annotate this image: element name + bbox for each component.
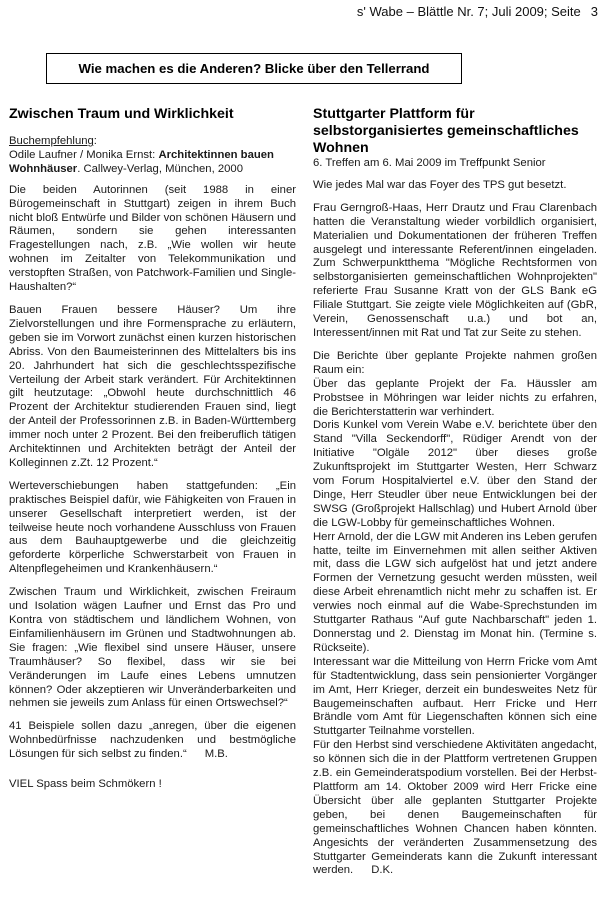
left-article: Zwischen Traum und Wirklichkeit Buchempf… [9, 106, 296, 801]
report-item: Doris Kunkel vom Verein Wabe e.V. berich… [313, 419, 597, 530]
paragraph-text: Für den Herbst sind verschiedene Aktivit… [313, 739, 597, 876]
paragraph: Zwischen Traum und Wirklichkeit, zwische… [9, 586, 296, 711]
article-title: Stuttgarter Plattform für selbstorganisi… [313, 106, 597, 157]
banner-title: Wie machen es die Anderen? Blicke über d… [79, 61, 430, 76]
running-title: s' Wabe – Blättle Nr. 7; Juli 2009; Seit… [357, 4, 581, 19]
paragraph: Werteverschiebungen haben stattgefunden:… [9, 480, 296, 577]
paragraph: Die beiden Autorinnen (seit 1988 in eine… [9, 184, 296, 295]
paragraph: Frau Gerngroß-Haas, Herr Drautz und Frau… [313, 202, 597, 341]
paragraph-with-signature: 41 Beispiele sollen dazu „anregen, über … [9, 720, 296, 762]
closing-line: VIEL Spass beim Schmökern ! [9, 778, 296, 792]
author-signature: M.B. [205, 748, 228, 760]
report-item-with-signature: Für den Herbst sind verschiedene Aktivit… [313, 739, 597, 878]
section-banner: Wie machen es die Anderen? Blicke über d… [46, 53, 462, 84]
book-recommendation: Buchempfehlung: Odile Laufner / Monika E… [9, 135, 296, 177]
article-title: Zwischen Traum und Wirklichkeit [9, 106, 296, 123]
article-subtitle: 6. Treffen am 6. Mai 2009 im Treffpunkt … [313, 157, 597, 171]
book-publisher: . Callwey-Verlag, München, 2000 [77, 163, 243, 175]
author-signature: D.K. [371, 864, 393, 876]
right-article: Stuttgarter Plattform für selbstorganisi… [313, 106, 597, 878]
paragraph: Wie jedes Mal war das Foyer des TPS gut … [313, 179, 597, 193]
book-authors: Odile Laufner / Monika Ernst: [9, 149, 158, 161]
report-intro: Die Berichte über geplante Projekte nahm… [313, 350, 597, 378]
page-number: 3 [591, 4, 598, 19]
running-header: s' Wabe – Blättle Nr. 7; Juli 2009; Seit… [357, 4, 598, 19]
recommendation-label: Buchempfehlung [9, 135, 94, 147]
paragraph: Bauen Frauen bessere Häuser? Um ihre Zie… [9, 304, 296, 471]
recommendation-colon: : [94, 135, 97, 147]
report-item: Herr Arnold, der die LGW mit Anderen ins… [313, 531, 597, 656]
report-item: Über das geplante Projekt der Fa. Häussl… [313, 378, 597, 420]
paragraph-text: 41 Beispiele sollen dazu „anregen, über … [9, 720, 296, 760]
report-item: Interessant war die Mitteilung von Herrn… [313, 656, 597, 739]
